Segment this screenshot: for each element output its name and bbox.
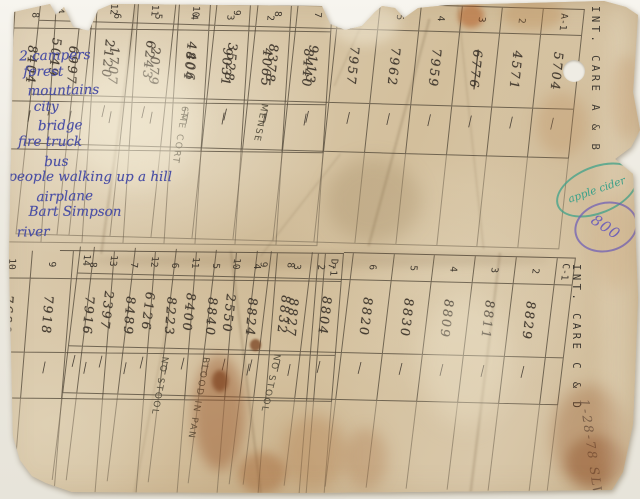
row-number: 13 xyxy=(81,3,93,15)
row-number-cell: 10 xyxy=(0,250,32,278)
dash-cell: — xyxy=(417,355,463,403)
row-number: 4 xyxy=(434,15,446,21)
row-number: 3 xyxy=(291,264,302,270)
row-number: 10 xyxy=(5,258,17,270)
census-value-cell: 7959 xyxy=(410,31,459,106)
scanned-document: A-15704—24571—36776—47959—57962—67957—79… xyxy=(0,0,640,499)
census-value-cell: 4065 xyxy=(244,31,290,104)
row-number: 7 xyxy=(71,13,82,19)
dash-cell: — xyxy=(0,352,24,398)
row-number-cell: 4 xyxy=(177,4,210,30)
census-value-cell: 7918 xyxy=(24,279,71,353)
census-value: 8820 xyxy=(356,297,376,337)
row-number: 4 xyxy=(448,266,460,272)
row-number: 2 xyxy=(265,15,276,21)
dash-cell: —BLOOD IN PAN xyxy=(184,354,229,400)
row-number-cell xyxy=(289,6,332,32)
census-table-c: C-128829—38811—48809—58830—68820—78804—8… xyxy=(316,252,576,492)
row-number-cell: 13 xyxy=(79,0,94,22)
row-number: 4 xyxy=(250,264,261,270)
list-item: people walking up a hill xyxy=(8,169,248,187)
census-value: 7962 xyxy=(384,47,403,87)
dash-mark: — xyxy=(255,112,272,127)
dash-cell: — xyxy=(265,355,310,401)
census-value-cell: 8827 xyxy=(269,281,316,355)
census-value-cell: 7916 xyxy=(65,279,112,353)
row-number-cell: 4 xyxy=(418,5,462,32)
census-table-d: D-1238827—48824—58840—BLOOD IN PAN68223—… xyxy=(40,250,344,499)
row-number-cell: 8 xyxy=(14,2,56,28)
row-number-cell: 5 xyxy=(136,4,178,30)
row-number-cell: 3 xyxy=(472,256,516,284)
dash-mark: — xyxy=(432,362,450,377)
dash-mark: — xyxy=(280,362,297,377)
dash-cell: — xyxy=(446,106,492,156)
dash-mark: — xyxy=(420,113,438,128)
row-number-cell: 6 xyxy=(95,3,137,29)
empty-cell xyxy=(135,400,184,498)
row-number: 5 xyxy=(394,14,406,20)
row-number: D-1 xyxy=(327,259,339,276)
census-value-cell: 8489 xyxy=(106,280,153,354)
dash-mark: — xyxy=(0,359,12,374)
dash-cell: — xyxy=(457,356,503,404)
row-number: 7 xyxy=(128,262,139,268)
census-value: 6776 xyxy=(466,49,485,89)
census-value-cell: 4571 xyxy=(492,34,541,109)
dash-cell: — xyxy=(20,353,65,399)
row-number-cell: A-1 xyxy=(540,9,585,36)
row-number-cell: 2 xyxy=(249,5,291,31)
row-number: 9 xyxy=(46,261,57,267)
row-number: 8 xyxy=(30,12,41,18)
row-number: 5 xyxy=(407,265,419,271)
dash-cell: — xyxy=(527,109,574,159)
row-number-cell: 8 xyxy=(71,251,114,279)
dash-cell: — xyxy=(364,104,410,154)
dash-cell: — xyxy=(282,105,327,153)
census-value: 8829 xyxy=(519,301,539,341)
row-number-cell: 6 xyxy=(153,252,196,280)
dash-cell: — xyxy=(0,101,9,149)
empty-cell xyxy=(13,399,62,497)
date-annotation: 1-28-78 SLW xyxy=(577,398,606,499)
census-value-cell: 6776 xyxy=(451,33,500,108)
census-value: 8830 xyxy=(397,298,417,338)
dash-mark: — xyxy=(461,114,479,129)
row-number-cell: 3 xyxy=(275,253,318,281)
dash-cell: — xyxy=(376,354,422,402)
empty-cell xyxy=(176,400,225,498)
census-value: 8809 xyxy=(438,299,458,339)
row-number-cell: 9 xyxy=(0,2,15,28)
dash-mark: — xyxy=(339,110,357,125)
stain xyxy=(612,55,640,140)
census-value: 7957 xyxy=(344,46,363,86)
census-value: 7916 xyxy=(80,296,98,336)
dash-mark: — xyxy=(296,112,313,127)
dash-mark: — xyxy=(117,361,134,376)
dash-cell xyxy=(313,356,336,402)
row-number-cell: 4 xyxy=(234,253,277,281)
row-number-cell: 5 xyxy=(377,4,421,31)
row-number: 2 xyxy=(529,268,541,274)
census-value: 8827 xyxy=(284,298,302,338)
census-value-cell: 7957 xyxy=(328,29,377,104)
dash-mark: — xyxy=(502,115,520,130)
dash-cell: — xyxy=(323,103,369,153)
row-number: 5 xyxy=(210,263,221,269)
row-number-cell: 6 xyxy=(336,3,380,30)
census-value-cell: 7962 xyxy=(369,30,418,105)
empty-cell xyxy=(53,399,102,497)
row-number: A-1 xyxy=(556,13,569,30)
census-value: 8223 xyxy=(161,297,179,337)
green-stamp-text: apple cider xyxy=(567,175,627,206)
row-number-cell: 3 xyxy=(208,5,250,31)
census-table-a: A-15704—24571—36776—47959—57962—67957—79… xyxy=(307,2,585,249)
census-value: 7688 xyxy=(0,295,16,335)
dash-mark: — xyxy=(380,112,398,127)
census-value-cell: 8223 xyxy=(147,280,194,354)
empty-cell xyxy=(276,153,324,246)
row-number-cell: 2 xyxy=(513,257,557,285)
census-value: 4065 xyxy=(258,48,276,88)
dash-cell: — xyxy=(102,353,147,399)
row-number: 4 xyxy=(188,14,199,20)
row-number: 5 xyxy=(152,14,163,20)
census-value: 7918 xyxy=(39,295,57,335)
punch-hole xyxy=(563,60,585,82)
dash-cell: — xyxy=(61,353,106,399)
dash-mark: — xyxy=(35,360,52,375)
row-number-cell: 9 xyxy=(30,251,73,279)
census-value: 4571 xyxy=(507,51,526,91)
census-value-cell: 8840 xyxy=(187,280,234,354)
dash-cell: — xyxy=(498,357,544,405)
census-value: 8811 xyxy=(478,300,498,340)
row-number-cell: 5 xyxy=(390,254,434,282)
row-number: 3 xyxy=(475,17,487,23)
dash-mark: — xyxy=(514,364,532,379)
census-value: 7959 xyxy=(425,48,444,88)
census-value: 8840 xyxy=(202,297,220,337)
purple-stamp-text: 800 xyxy=(588,211,624,244)
row-number: 2 xyxy=(516,18,528,24)
section-header-cd: INT. CARE C & D xyxy=(570,264,582,411)
census-value-cell: 8440 xyxy=(285,32,332,105)
blue-ink-list: 2 campersforestmountainscitybridgefire t… xyxy=(7,45,249,241)
row-number: 3 xyxy=(224,15,235,21)
dash-cell: — xyxy=(405,105,451,155)
census-value: 8440 xyxy=(299,48,317,88)
empty-cell xyxy=(0,149,6,242)
row-number-cell: 7 xyxy=(112,252,155,280)
census-value-cell: 8824 xyxy=(228,281,275,355)
dash-mark: — xyxy=(351,360,369,375)
census-value: 8489 xyxy=(121,296,139,336)
row-number: 6 xyxy=(111,13,122,19)
empty-cell xyxy=(257,401,306,499)
row-number-cell: 5 xyxy=(193,252,236,280)
row-number: 8 xyxy=(87,262,98,268)
row-number: 6 xyxy=(169,263,180,269)
row-number: 6 xyxy=(366,264,378,270)
dash-mark: — xyxy=(76,360,93,375)
dash-mark: — xyxy=(392,361,410,376)
list-item: 2 campers xyxy=(19,43,247,66)
paper-sheet: A-15704—24571—36776—47959—57962—67957—79… xyxy=(0,0,640,499)
list-item: river xyxy=(17,219,249,242)
section-header-ab: INT. CARE A & B xyxy=(589,6,601,153)
row-number-cell: 2 xyxy=(499,8,543,35)
row-number-cell: 3 xyxy=(459,7,503,34)
row-number: 3 xyxy=(489,267,501,273)
empty-cell xyxy=(217,401,266,499)
dash-cell: — xyxy=(335,353,381,401)
census-value: 8824 xyxy=(243,298,261,338)
row-number: 6 xyxy=(353,13,365,19)
list-item: fire truck xyxy=(18,134,248,152)
dash-mark: — xyxy=(473,363,491,378)
dash-cell: — xyxy=(486,107,532,157)
dash-cell: — xyxy=(224,355,269,401)
paper-shadow: A-15704—24571—36776—47959—57962—67957—79… xyxy=(0,0,640,499)
row-number-cell: 6 xyxy=(349,253,393,281)
row-number-cell: 4 xyxy=(431,255,475,283)
census-value-cell: 7180 xyxy=(0,28,14,101)
row-number-cell: 7 xyxy=(55,3,97,29)
dash-mark: — xyxy=(543,116,561,131)
dash-cell: —NO STOOL xyxy=(143,354,188,400)
dash-mark: — xyxy=(239,362,256,377)
empty-cell xyxy=(94,399,143,497)
